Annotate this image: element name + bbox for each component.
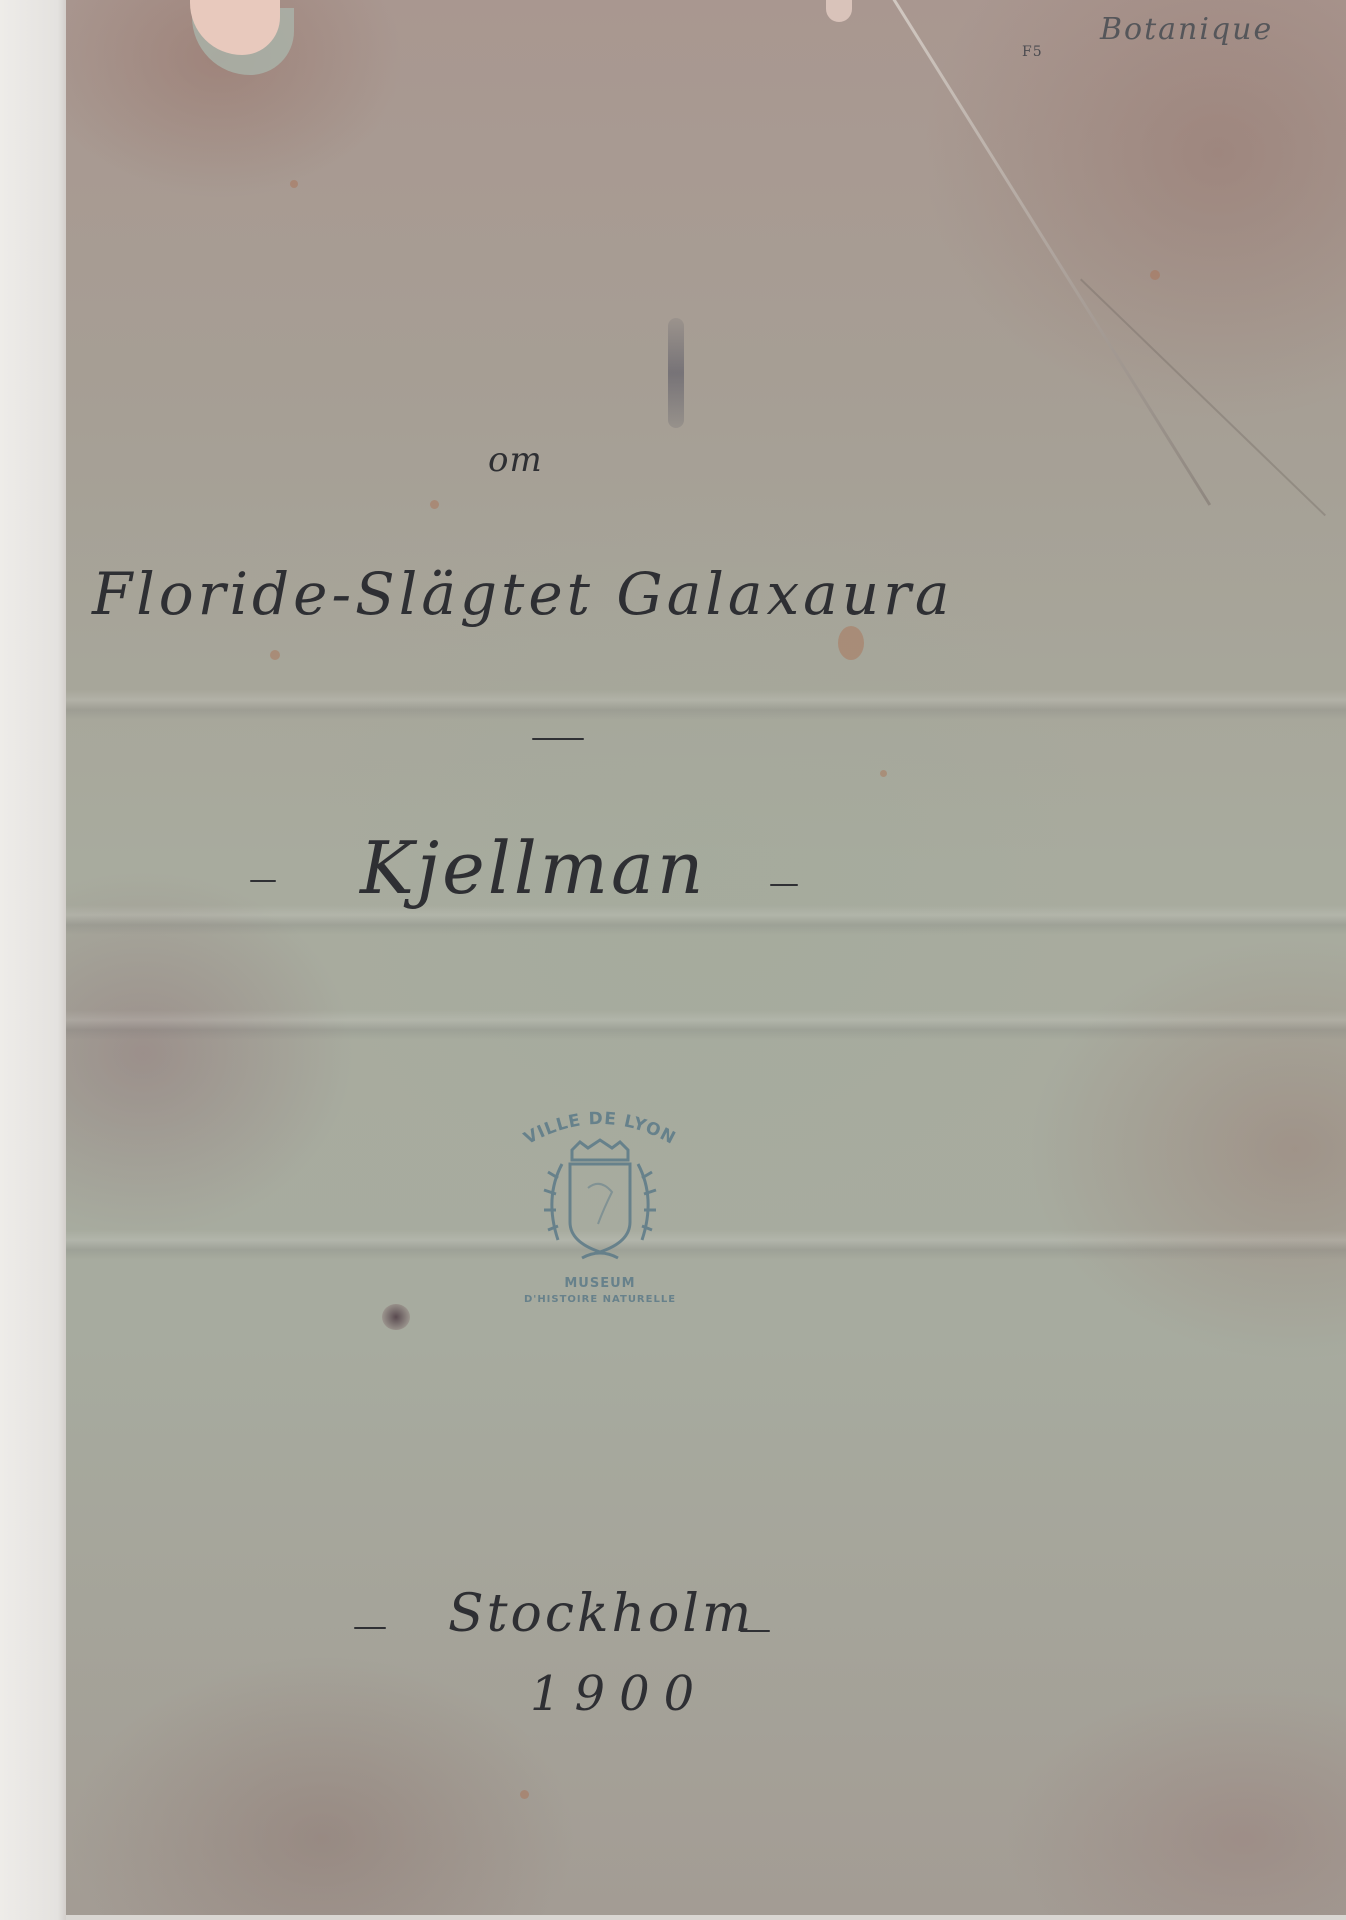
pencil-smudge <box>668 318 684 428</box>
scanned-page: F5 Botanique om Floride-Slägtet Galaxaur… <box>0 0 1346 1920</box>
coat-of-arms-icon <box>538 1138 662 1266</box>
publication-year: 1900 <box>530 1666 708 1722</box>
author-name: Kjellman <box>360 826 706 910</box>
ink-blot <box>382 1304 410 1330</box>
stamp-subtitle-text: D'HISTOIRE NATURELLE <box>500 1294 700 1305</box>
separator-dash <box>250 880 276 882</box>
separator-dash <box>354 1627 386 1629</box>
separator-dash <box>532 738 584 740</box>
separator-dash <box>770 884 798 886</box>
stamp-museum-text: MUSEUM <box>500 1276 700 1291</box>
separator-dash <box>740 1630 770 1632</box>
museum-stamp: VILLE DE LYON MUSEUM D'HISTOIRE NATURELL… <box>500 1098 700 1318</box>
corner-mark: F5 <box>1022 44 1043 60</box>
place-of-publication: Stockholm <box>448 1584 754 1644</box>
corner-note: Botanique <box>1100 12 1273 47</box>
document-title: Floride-Slägtet Galaxaura <box>92 560 953 628</box>
scanner-bottom-edge <box>66 1915 1346 1920</box>
scanner-margin <box>0 0 68 1920</box>
preposition-text: om <box>488 440 543 480</box>
